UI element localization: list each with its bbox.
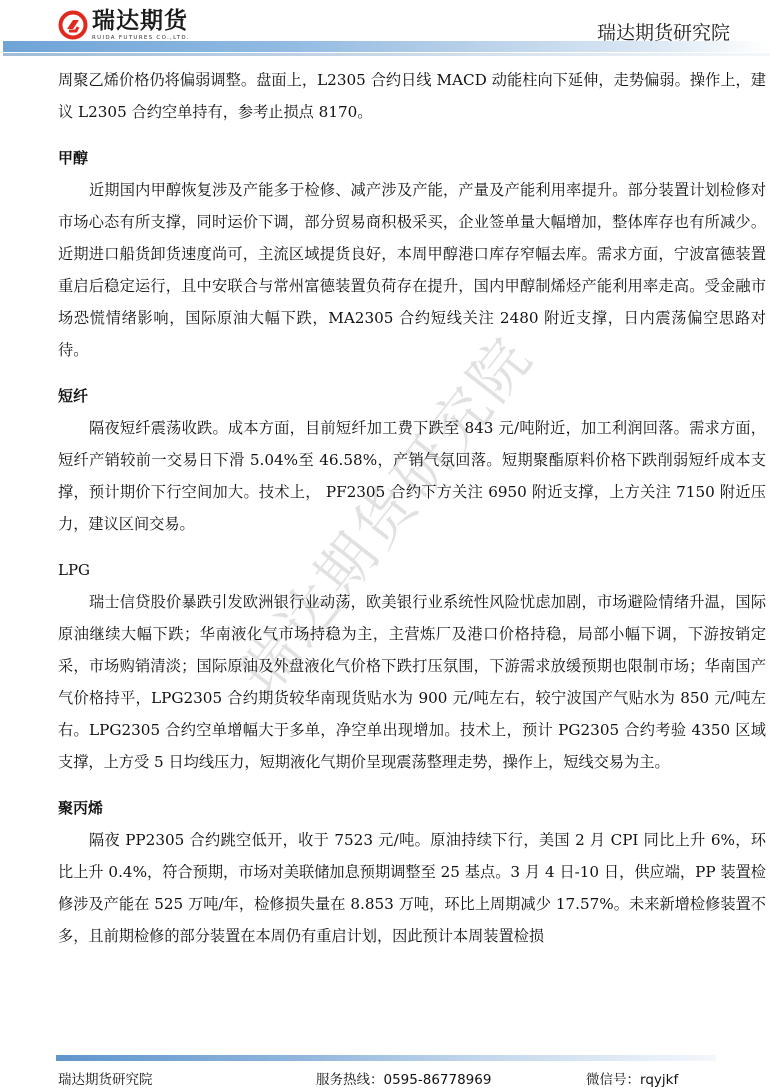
polyethylene-continuation-paragraph: 周聚乙烯价格仍将偏弱调整。盘面上，L2305 合约日线 MACD 动能柱向下延伸… [58, 64, 766, 128]
footer-hotline: 服务热线：0595-86778969 [316, 1068, 491, 1088]
section-body-methanol: 近期国内甲醇恢复涉及产能多于检修、减产涉及产能，产量及产能利用率提升。部分装置计… [58, 174, 766, 366]
company-logo: 瑞达期货 RUIDA FUTURES CO.,LTD. [58, 5, 190, 45]
section-title-polypropylene: 聚丙烯 [58, 792, 766, 824]
page-header: 瑞达期货 RUIDA FUTURES CO.,LTD. 瑞达期货研究院 [0, 0, 770, 60]
report-body: 周聚乙烯价格仍将偏弱调整。盘面上，L2305 合约日线 MACD 动能柱向下延伸… [58, 64, 766, 952]
logo-chinese-name: 瑞达期货 [92, 8, 190, 34]
section-body-polypropylene: 隔夜 PP2305 合约跳空低开，收于 7523 元/吨。原油持续下行，美国 2… [58, 824, 766, 952]
section-title-lpg: LPG [58, 554, 766, 586]
section-title-staple-fiber: 短纤 [58, 380, 766, 412]
section-title-methanol: 甲醇 [58, 142, 766, 174]
footer-wechat: 微信号：rqyjkf [586, 1068, 678, 1088]
section-body-lpg: 瑞士信贷股价暴跌引发欧洲银行业动荡，欧美银行业系统性风险忧虑加剧，市场避险情绪升… [58, 586, 766, 778]
footer-gradient-bar [56, 1055, 716, 1061]
ruida-logo-icon [58, 10, 88, 40]
footer-org-name: 瑞达期货研究院 [58, 1068, 153, 1088]
section-body-staple-fiber: 隔夜短纤震荡收跌。成本方面，目前短纤加工费下跌至 843 元/吨附近，加工利润回… [58, 412, 766, 540]
header-gradient-bar [3, 41, 770, 52]
header-gradient-underline [3, 53, 770, 56]
